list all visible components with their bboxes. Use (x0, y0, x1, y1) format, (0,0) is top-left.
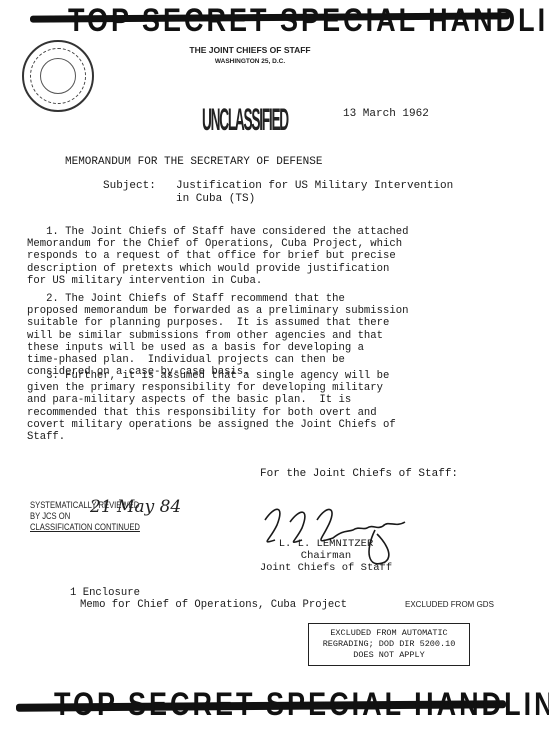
exclusion-line-3: DOES NOT APPLY (309, 650, 469, 661)
bottom-classification-banner: TOP SECRET SPECIAL HANDLING NOFORN (16, 686, 506, 716)
top-classification-banner: TOP SECRET SPECIAL HANDLING NOFORN (30, 2, 510, 32)
enclosure-item: Memo for Chief of Operations, Cuba Proje… (80, 599, 347, 611)
banner-text: TOP SECRET SPECIAL HANDLING NOFORN (68, 2, 549, 39)
exclusion-line-1: EXCLUDED FROM AUTOMATIC (309, 628, 469, 639)
memo-date: 13 March 1962 (343, 108, 429, 120)
signature-block: L. L. LEMNITZER Chairman Joint Chiefs of… (246, 538, 406, 574)
paragraph-1: 1. The Joint Chiefs of Staff have consid… (27, 226, 517, 287)
review-line-3: CLASSIFICATION CONTINUED (30, 522, 140, 533)
exclusion-line-2: REGRADING; DOD DIR 5200.10 (309, 639, 469, 650)
signer-name: L. L. LEMNITZER (246, 538, 406, 550)
subject-line-1: Justification for US Military Interventi… (176, 180, 496, 193)
banner-text: TOP SECRET SPECIAL HANDLING NOFORN (54, 686, 549, 723)
letterhead-location: WASHINGTON 25, D.C. (160, 58, 340, 65)
dod-seal-icon (22, 40, 94, 112)
closing-line: For the Joint Chiefs of Staff: (260, 468, 458, 480)
unclassified-stamp: UNCLASSIFIED (202, 101, 288, 139)
paragraph-3: 3. Further, it is assumed that a single … (27, 370, 517, 443)
subject-label: Subject: (103, 180, 156, 192)
signer-org: Joint Chiefs of Staff (246, 562, 406, 574)
enclosure-count: 1 Enclosure (70, 587, 140, 599)
signer-title: Chairman (246, 550, 406, 562)
letterhead-org: THE JOINT CHIEFS OF STAFF (160, 45, 340, 55)
excluded-gds-stamp: EXCLUDED FROM GDS (405, 600, 494, 609)
memo-recipient: MEMORANDUM FOR THE SECRETARY OF DEFENSE (65, 156, 322, 168)
subject-line-2: in Cuba (TS) (176, 193, 496, 206)
review-handwritten-date: 21 May 84 (90, 497, 181, 517)
paragraph-2: 2. The Joint Chiefs of Staff recommend t… (27, 293, 517, 378)
regrading-exclusion-box: EXCLUDED FROM AUTOMATIC REGRADING; DOD D… (308, 623, 470, 666)
subject-text: Justification for US Military Interventi… (176, 180, 496, 206)
